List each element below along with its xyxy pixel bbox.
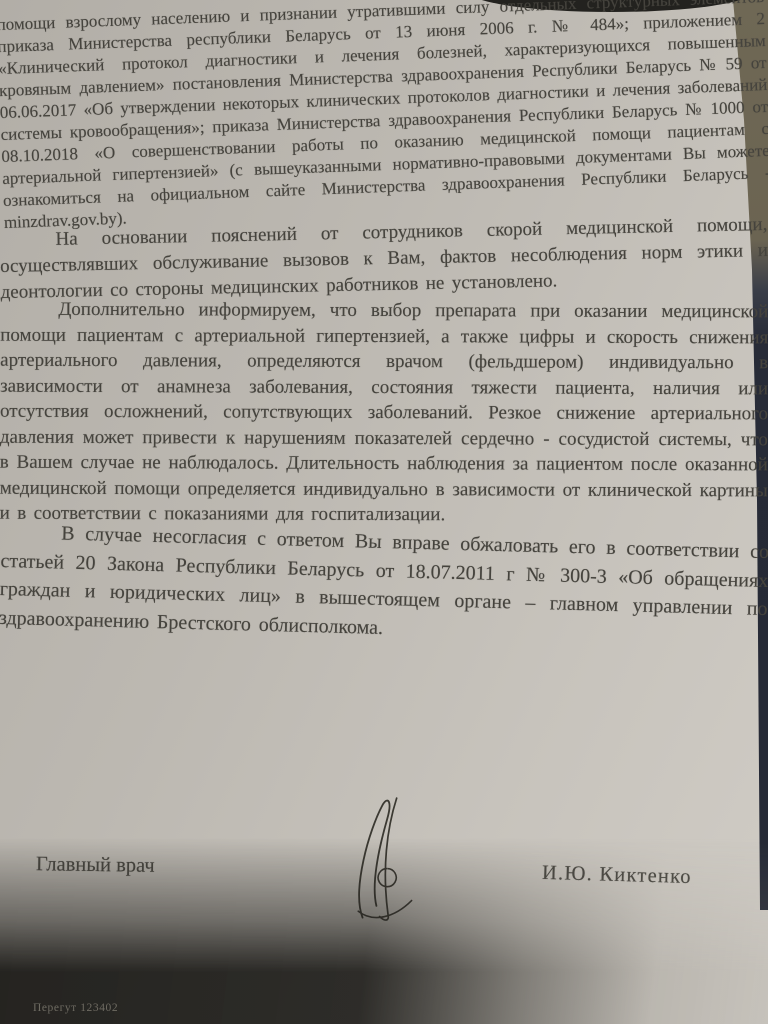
document-photo: помощи взрослому населению и признании у…: [0, 0, 768, 1024]
bottom-shadow-overlay: [0, 838, 768, 1024]
body-paragraph: помощи взрослому населению и признании у…: [0, 0, 768, 234]
body-paragraph: На основании пояснений от сотрудников ск…: [0, 212, 768, 306]
body-paragraph: Дополнительно информируем, что выбор пре…: [0, 297, 768, 529]
body-paragraph: В случае несогласия с ответом Вы вправе …: [0, 517, 768, 651]
footer-reference-note: Перегут 123402: [33, 1002, 118, 1014]
